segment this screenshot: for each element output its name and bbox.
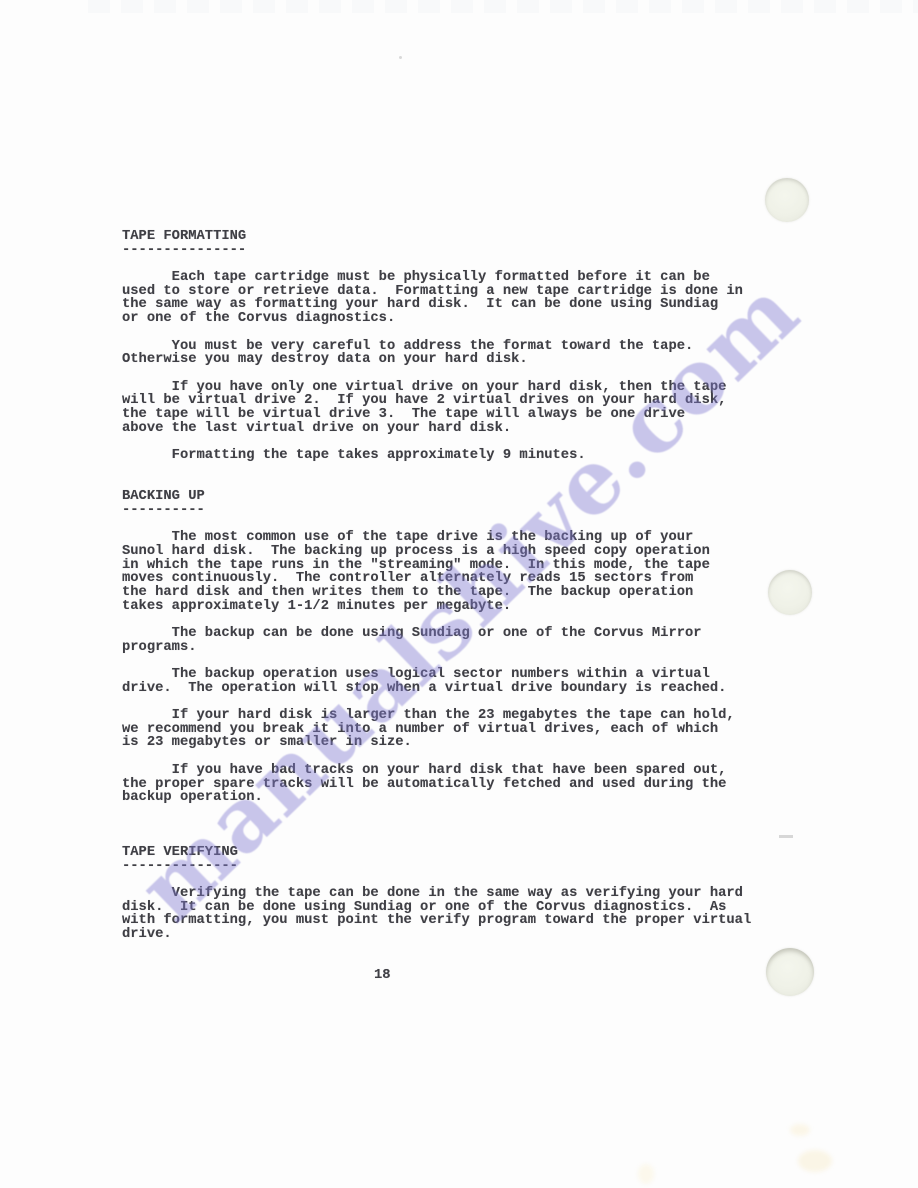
- text-line: with formatting, you must point the veri…: [122, 914, 782, 928]
- section-heading-tape-formatting: TAPE FORMATTING: [122, 230, 782, 244]
- section-heading-backing-up: BACKING UP: [122, 490, 782, 504]
- scan-stain: [798, 1150, 832, 1172]
- punch-hole-top: [765, 178, 809, 222]
- punch-hole-middle: [768, 570, 812, 615]
- scan-speck: [399, 56, 402, 59]
- scan-edge-artifact: [88, 0, 918, 13]
- text-line: drive.: [122, 928, 782, 942]
- section-underline: ----------: [122, 504, 782, 518]
- scan-stain: [790, 1124, 810, 1136]
- scan-mark-dash: [779, 835, 793, 838]
- text-line: If your hard disk is larger than the 23 …: [122, 709, 782, 723]
- scan-stain: [638, 1164, 654, 1184]
- text-line: is 23 megabytes or smaller in size.: [122, 736, 782, 750]
- section-underline: ---------------: [122, 244, 782, 258]
- text-line: Each tape cartridge must be physically f…: [122, 271, 782, 285]
- punch-hole-bottom: [766, 948, 814, 996]
- scanned-manual-page: { "page": { "page_number": "18", "paper_…: [0, 0, 918, 1188]
- page-number: 18: [122, 969, 782, 983]
